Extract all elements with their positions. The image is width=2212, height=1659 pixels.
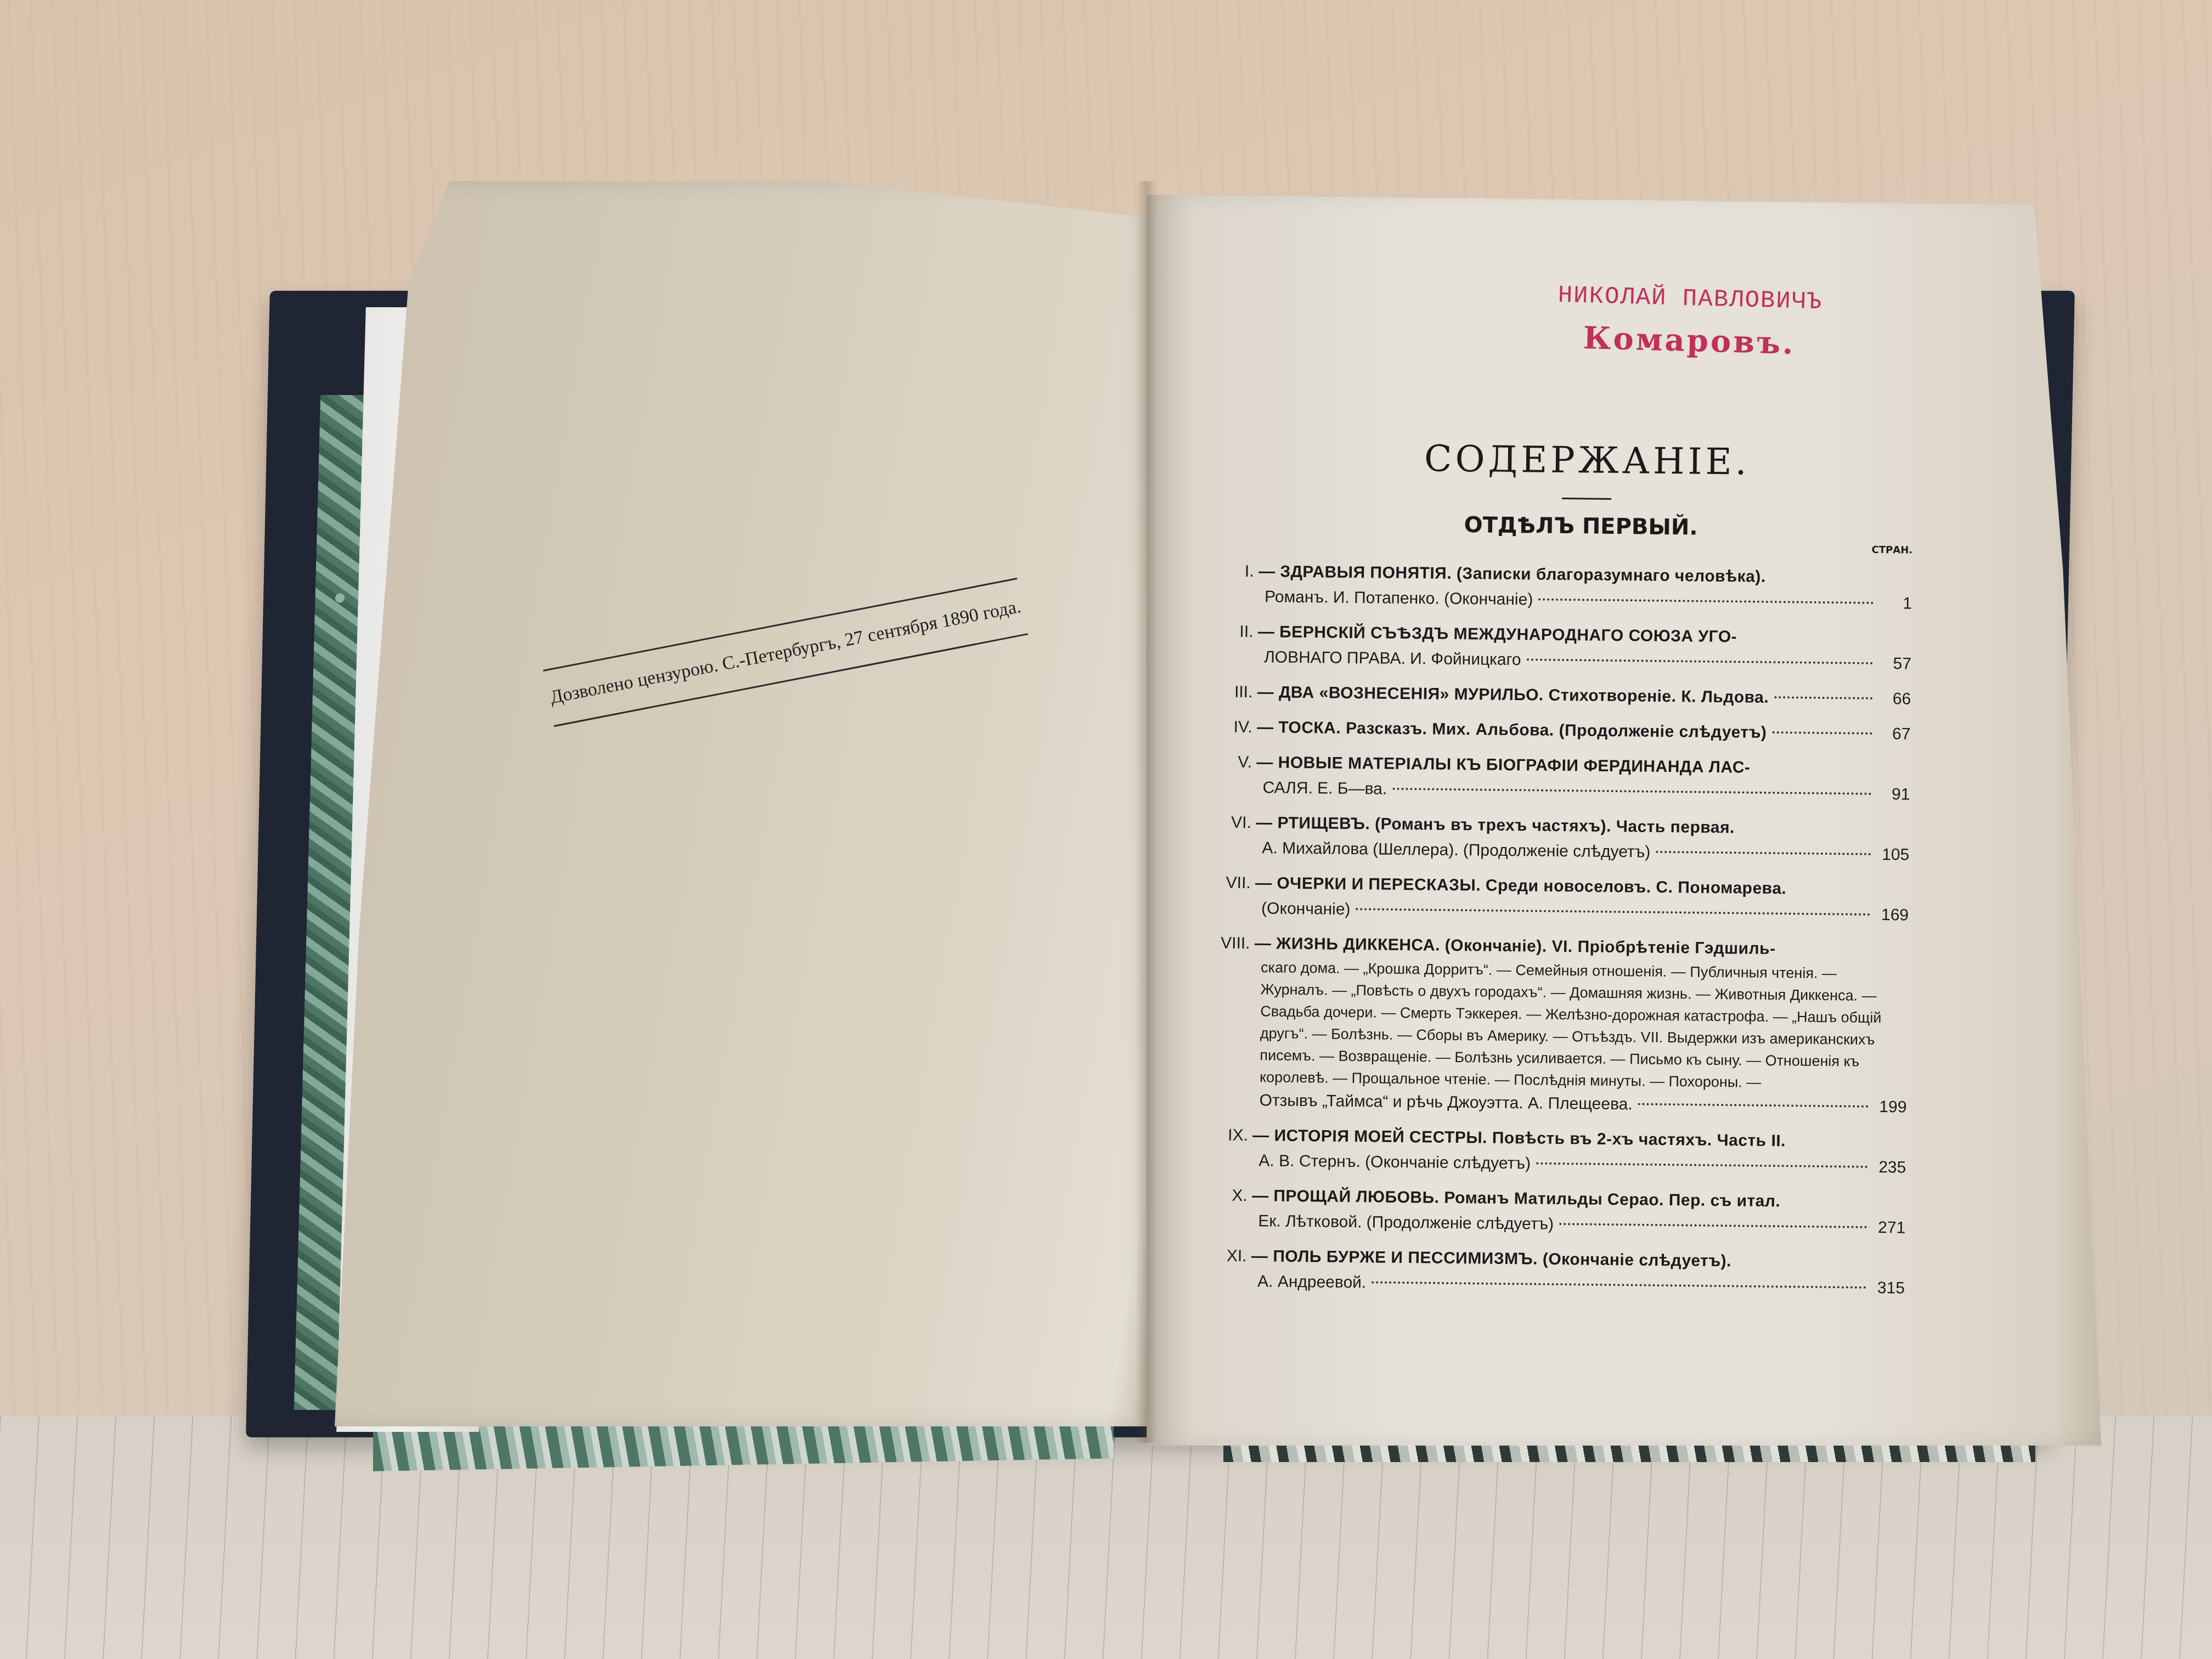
entry-author: А. Михайлова (Шеллера). (Продолженіе слѣ…: [1262, 836, 1651, 865]
dot-leader: [1527, 658, 1873, 664]
entry-page: 67: [1877, 721, 1910, 747]
entry-number: II.: [1215, 619, 1253, 645]
section-heading: ОТДѢЛЪ ПЕРВЫЙ.: [1249, 510, 1912, 543]
dot-leader: [1656, 851, 1871, 855]
entry-description: скаго дома. — „Крошка Дорритъ“. — Семейн…: [1210, 956, 1908, 1094]
entry-title: — ОЧЕРКИ И ПЕРЕСКАЗЫ. Среди новоселовъ. …: [1255, 874, 1787, 898]
toc-entry: V. — НОВЫЕ МАТЕРІАЛЫ КЪ БІОГРАФІИ ФЕРДИН…: [1213, 749, 1910, 807]
entry-author: (Окончаніе): [1261, 896, 1351, 922]
entry-page: 66: [1878, 686, 1911, 712]
entry-page: 91: [1877, 782, 1910, 808]
toc-entry: IX. — ИСТОРІЯ МОЕЙ СЕСТРЫ. Повѣсть въ 2-…: [1209, 1122, 1906, 1180]
left-page: [335, 181, 1158, 1426]
toc-title: СОДЕРЖАНІЕ.: [1260, 436, 1914, 484]
entry-number: VIII.: [1211, 930, 1250, 956]
toc-entry: IV. — ТОСКА. Разсказъ. Мих. Альбова. (Пр…: [1214, 714, 1910, 747]
toc-entry: II. — БЕРНСКІЙ СЪѢЗДЪ МЕЖДУНАРОДНАГО СОЮ…: [1215, 619, 1912, 676]
entry-page: 57: [1878, 651, 1911, 677]
entry-author: Романъ. И. Потапенко. (Окончаніе): [1265, 584, 1533, 612]
entry-title: — НОВЫЕ МАТЕРІАЛЫ КЪ БІОГРАФІИ ФЕРДИНАНД…: [1256, 753, 1750, 776]
entry-author: А. Андреевой.: [1257, 1269, 1367, 1295]
entry-author: Отзывъ „Таймса“ и рѣчь Джоуэтта. А. Плещ…: [1259, 1088, 1633, 1117]
entry-title: — БЕРНСКІЙ СЪѢЗДЪ МЕЖДУНАРОДНАГО СОЮЗА У…: [1258, 623, 1737, 646]
entry-title: — ЗДРАВЫЯ ПОНЯТІЯ. (Записки благоразумна…: [1259, 562, 1766, 586]
dot-leader: [1638, 1103, 1869, 1107]
dot-leader: [1356, 908, 1870, 916]
entry-page: 169: [1876, 902, 1909, 928]
entry-number: X.: [1209, 1183, 1247, 1209]
entry-page: 235: [1873, 1155, 1906, 1181]
entry-page: 105: [1876, 842, 1909, 868]
entry-author: САЛЯ. Е. Б—ва.: [1262, 775, 1387, 802]
dot-leader: [1772, 731, 1872, 735]
entry-number: I.: [1215, 558, 1254, 584]
entry-number: VII.: [1212, 870, 1250, 896]
book-gutter: [1136, 181, 1158, 1443]
entry-page: 1: [1879, 591, 1912, 617]
entry-title: — ТОСКА. Разсказъ. Мих. Альбова. (Продол…: [1257, 715, 1767, 746]
dot-leader: [1392, 788, 1871, 795]
entry-title: — ДВА «ВОЗНЕСЕНІЯ» МУРИЛЬО. Стихотворені…: [1257, 680, 1769, 710]
entry-title: — ПОЛЬ БУРЖЕ И ПЕССИМИЗМЪ. (Окончаніе сл…: [1251, 1247, 1731, 1270]
entry-number: IX.: [1210, 1122, 1248, 1148]
table-of-contents: СОДЕРЖАНІЕ. ОТДѢЛЪ ПЕРВЫЙ. СТРАН. I. — З…: [1208, 435, 1914, 1301]
entry-number: VI.: [1213, 810, 1251, 836]
toc-entry: VII. — ОЧЕРКИ И ПЕРЕСКАЗЫ. Среди новосел…: [1212, 870, 1909, 928]
dot-leader: [1536, 1163, 1867, 1168]
toc-entry: VIII. — ЖИЗНЬ ДИККЕНСА. (Окончаніе). VI.…: [1210, 930, 1908, 1120]
entry-page: 271: [1872, 1215, 1905, 1241]
entry-page: 315: [1872, 1276, 1905, 1301]
entry-title: — РТИЩЕВЪ. (Романъ въ трехъ частяхъ). Ча…: [1256, 814, 1735, 837]
entry-author: Ек. Лѣтковой. (Продолженіе слѣдуетъ): [1258, 1209, 1554, 1237]
toc-entry: VI. — РТИЩЕВЪ. (Романъ въ трехъ частяхъ)…: [1212, 810, 1910, 867]
entry-title: — ПРОЩАЙ ЛЮБОВЬ. Романъ Матильды Серао. …: [1252, 1187, 1781, 1210]
toc-entry: X. — ПРОЩАЙ ЛЮБОВЬ. Романъ Матильды Сера…: [1209, 1183, 1906, 1240]
dot-leader: [1559, 1223, 1867, 1228]
toc-entry: I. — ЗДРАВЫЯ ПОНЯТІЯ. (Записки благоразу…: [1215, 558, 1912, 616]
toc-entry: III. — ДВА «ВОЗНЕСЕНІЯ» МУРИЛЬО. Стихотв…: [1214, 679, 1911, 712]
entry-author: А. В. Стернъ. (Окончаніе слѣдуетъ): [1259, 1148, 1531, 1176]
entry-number: IV.: [1214, 714, 1252, 740]
toc-entry: XI. — ПОЛЬ БУРЖЕ И ПЕССИМИЗМЪ. (Окончані…: [1208, 1243, 1905, 1301]
entry-number: III.: [1214, 679, 1252, 705]
dot-leader: [1538, 599, 1874, 604]
owner-stamp: НИКОЛАЙ ПАВЛОВИЧЪ Комаровъ.: [1480, 280, 1899, 364]
entry-number: V.: [1214, 749, 1252, 775]
entry-title: — ЖИЗНЬ ДИККЕНСА. (Окончаніе). VI. Пріоб…: [1255, 934, 1776, 958]
entry-author: ЛОВНАГО ПРАВА. И. Фойницкаго: [1264, 645, 1521, 673]
dot-leader: [1774, 696, 1872, 699]
dot-leader: [1372, 1281, 1866, 1288]
entry-title: — ИСТОРІЯ МОЕЙ СЕСТРЫ. Повѣсть въ 2-хъ ч…: [1252, 1126, 1786, 1150]
entry-page: 199: [1874, 1094, 1906, 1120]
title-rule: [1562, 498, 1611, 500]
entry-number: XI.: [1208, 1243, 1246, 1269]
